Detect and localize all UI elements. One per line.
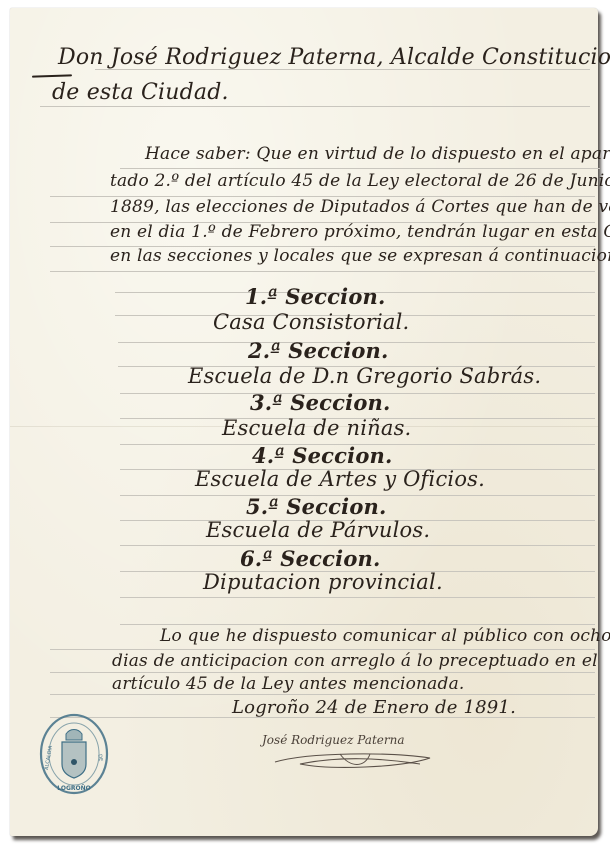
section-3-location: Escuela de niñas.	[222, 416, 411, 440]
section-5-location: Escuela de Párvulos.	[206, 518, 430, 542]
intro-line-1: Hace saber: Que en virtud de lo dispuest…	[145, 144, 610, 164]
svg-text:ALCALDIA: ALCALDIA	[44, 745, 54, 771]
ruled-line	[50, 649, 595, 650]
section-2-location: Escuela de D.n Gregorio Sabrás.	[188, 364, 541, 388]
section-1-location: Casa Consistorial.	[213, 310, 409, 334]
intro-line-3: 1889, las elecciones de Diputados á Cort…	[110, 197, 610, 217]
intro-line-2: tado 2.º del artículo 45 de la Ley elect…	[110, 171, 610, 191]
ruled-line	[40, 106, 590, 107]
signature: José Rodriguez Paterna	[262, 733, 405, 747]
section-4-title: 4.ª Seccion.	[252, 443, 393, 468]
section-6-title: 6.ª Seccion.	[240, 546, 381, 571]
section-6-location: Diputacion provincial.	[203, 570, 443, 594]
closing-line-1: Lo que he dispuesto comunicar al público…	[160, 626, 610, 646]
ruled-line	[120, 168, 600, 169]
municipal-seal-stamp-icon: LOGROÑO ALCALDIA DE	[38, 712, 110, 796]
section-2-title: 2.ª Seccion.	[248, 338, 389, 363]
section-1-title: 1.ª Seccion.	[245, 284, 386, 309]
section-5-title: 5.ª Seccion.	[246, 494, 387, 519]
ruled-line	[50, 271, 595, 272]
svg-text:LOGROÑO: LOGROÑO	[57, 785, 90, 792]
section-3-title: 3.ª Seccion.	[250, 390, 391, 415]
closing-line-3: artículo 45 de la Ley antes mencionada.	[112, 674, 465, 694]
ruled-line	[50, 672, 595, 673]
signature-flourish-icon	[270, 746, 440, 772]
ruled-line	[120, 624, 595, 625]
heading-line-1: Don José Rodriguez Paterna, Alcalde Cons…	[58, 45, 610, 70]
intro-line-5: en las secciones y locales que se expres…	[110, 246, 610, 266]
section-4-location: Escuela de Artes y Oficios.	[195, 467, 485, 491]
date-line: Logroño 24 de Enero de 1891.	[232, 697, 516, 718]
heading-line-2: de esta Ciudad.	[52, 80, 229, 105]
closing-line-2: dias de anticipacion con arreglo á lo pr…	[112, 651, 598, 671]
ruled-line	[120, 597, 595, 598]
ruled-line	[50, 694, 595, 695]
intro-line-4: en el dia 1.º de Febrero próximo, tendrá…	[110, 222, 610, 242]
svg-text:DE: DE	[96, 754, 103, 762]
